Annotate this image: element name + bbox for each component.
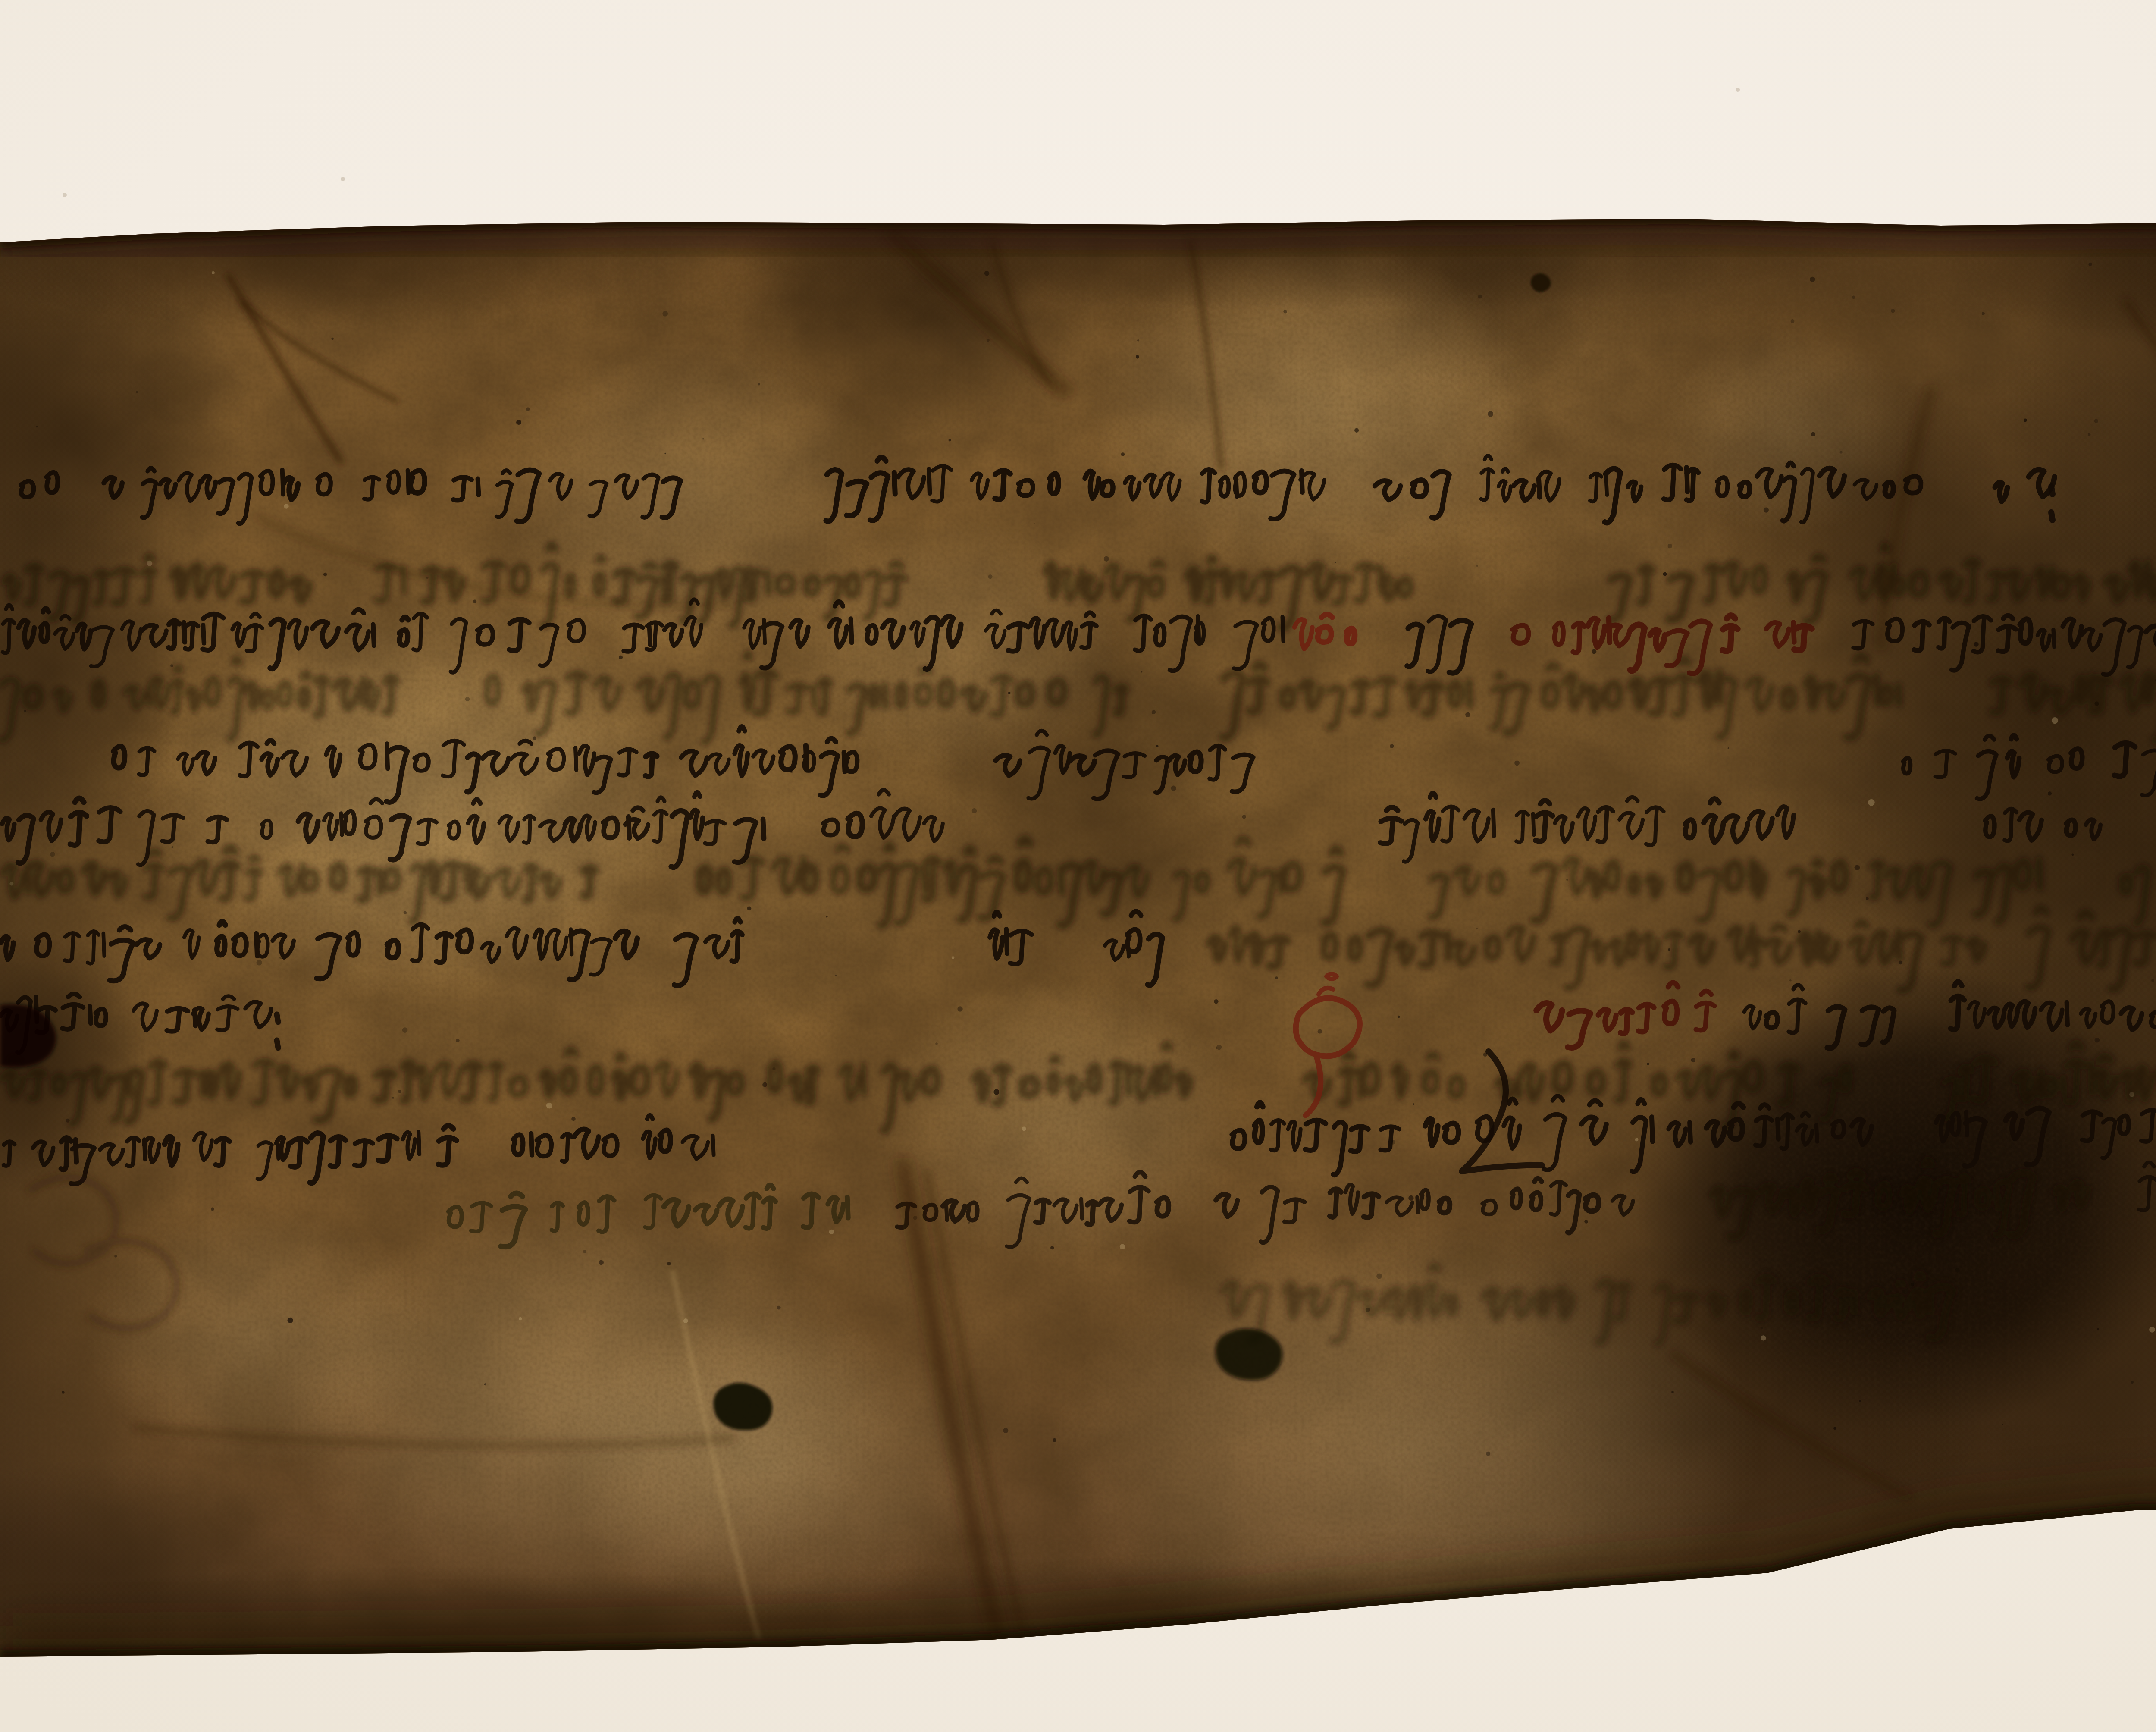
manuscript-detail-layer [0,0,2156,1732]
manuscript-photo: Backlit photograph of an aged brown manu… [0,0,2156,1732]
manuscript-leaf [0,0,2156,1732]
screenshot-root: Backlit photograph of an aged brown manu… [0,0,2156,1732]
